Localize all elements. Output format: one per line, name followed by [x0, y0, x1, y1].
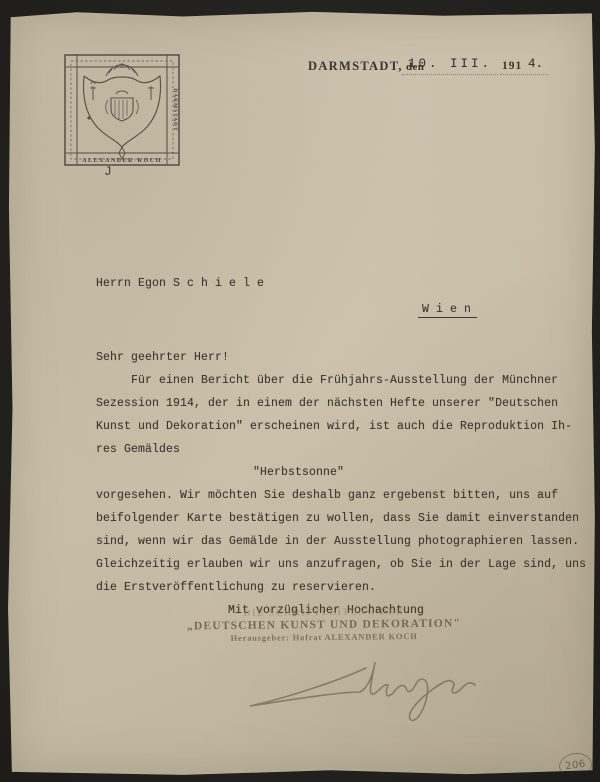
letter-page: ALEXANDER·KOCH DARMSTADT J DARMSTADT, de…: [6, 8, 596, 778]
dateline-city-label: DARMSTADT, den: [308, 59, 424, 74]
body-line: Gleichzeitig erlauben wir uns anzufragen…: [96, 553, 582, 576]
body-line: sind, wenn wir das Gemälde in der Ausste…: [96, 530, 582, 553]
body-line: beifolgender Karte bestätigen zu wollen,…: [96, 507, 582, 530]
catalog-number: 206: [565, 759, 587, 773]
salutation: Sehr geehrter Herr!: [96, 346, 582, 369]
catalog-number-badge: 206: [557, 751, 593, 780]
date-rule: [402, 74, 498, 75]
reference-mark: J: [104, 164, 112, 179]
emblem-bottom-text: ALEXANDER·KOCH: [82, 157, 162, 164]
year-rule: [500, 74, 548, 75]
editorial-stamp: DIE SCHRIFTLEITUNG DER „DEUTSCHEN KUNST …: [174, 606, 474, 643]
city-text: DARMSTADT,: [308, 59, 403, 73]
body-line: res Gemäldes: [96, 438, 582, 461]
year-printed: 191: [502, 60, 522, 72]
body-line: Sezession 1914, der in einem der nächste…: [96, 392, 582, 415]
year-typed: 4.: [528, 57, 543, 71]
letter-body: Sehr geehrter Herr! Für einen Bericht üb…: [96, 346, 582, 622]
handwritten-signature: [238, 648, 493, 736]
emblem-side-text: DARMSTADT: [172, 88, 178, 131]
body-line: vorgesehen. Wir möchten Sie deshalb ganz…: [96, 484, 582, 507]
recipient-city: W i e n: [418, 303, 477, 318]
recipient-name: Herrn Egon S c h i e l e: [96, 277, 264, 290]
stamp-line: Herausgeber: Hofrat ALEXANDER KOCH: [174, 630, 474, 643]
body-line: Kunst und Dekoration" erscheinen wird, i…: [96, 415, 582, 438]
artwork-title: "Herbstsonne": [253, 461, 582, 484]
date-typed: 10. III.: [408, 57, 492, 71]
publisher-emblem-icon: ALEXANDER·KOCH DARMSTADT: [62, 52, 182, 168]
photo-backdrop: ALEXANDER·KOCH DARMSTADT J DARMSTADT, de…: [0, 0, 600, 782]
body-line: die Erstveröffentlichung zu reservieren.: [96, 576, 582, 599]
body-line: Für einen Bericht über die Frühjahrs-Aus…: [96, 369, 582, 392]
